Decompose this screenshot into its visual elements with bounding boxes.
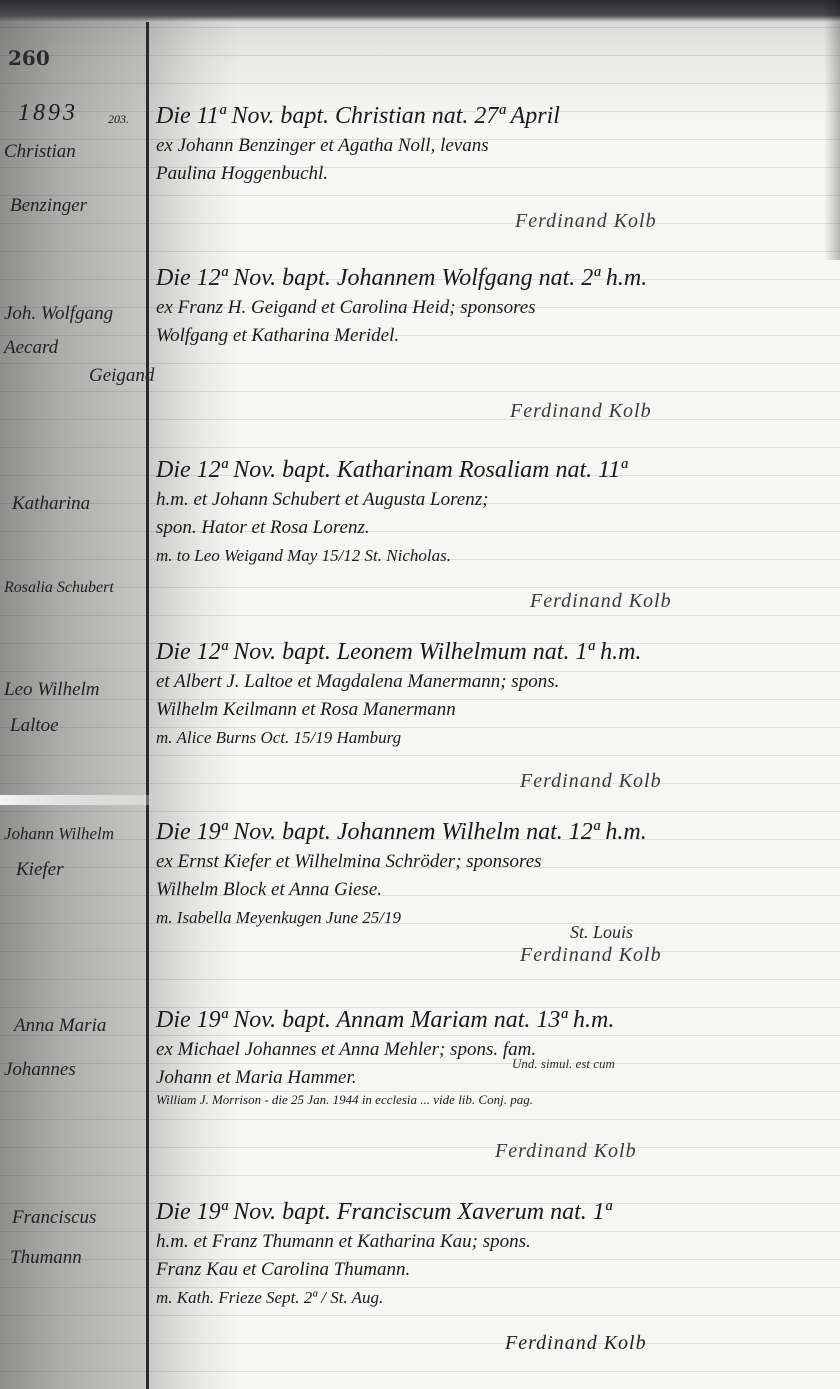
baptism-entry-1: Die 11ª Nov. bapt. Christian nat. 27ª Ap…: [156, 100, 826, 188]
baptism-entry-7: Die 19ª Nov. bapt. Franciscum Xaverum na…: [156, 1196, 826, 1312]
entry-line: h.m. et Franz Thumann et Katharina Kau; …: [156, 1228, 826, 1256]
parish-location: St. Louis: [570, 922, 633, 943]
priest-signature: Ferdinand Kolb: [515, 210, 657, 233]
margin-given-name: Leo Wilhelm: [4, 676, 146, 704]
baptism-entry-6: Die 19ª Nov. bapt. Annam Mariam nat. 13ª…: [156, 1004, 826, 1108]
entry-line: Die 19ª Nov. bapt. Annam Mariam nat. 13ª…: [156, 1004, 826, 1036]
priest-signature: Ferdinand Kolb: [505, 1332, 647, 1355]
margin-name-entry-5: Johann Wilhelm Kiefer: [4, 820, 146, 884]
marriage-annotation: m. to Leo Weigand May 15/12 St. Nicholas…: [156, 542, 826, 570]
margin-name-entry-4: Leo Wilhelm Laltoe: [4, 676, 146, 740]
margin-given-name: Anna Maria: [4, 1012, 146, 1040]
entry-line: Paulina Hoggenbuchl.: [156, 160, 826, 188]
entry-line: Wilhelm Keilmann et Rosa Manermann: [156, 696, 826, 724]
margin-name-entry-7: Franciscus Thumann: [4, 1204, 146, 1272]
baptism-entry-2: Die 12ª Nov. bapt. Johannem Wolfgang nat…: [156, 262, 826, 350]
baptism-entry-5: Die 19ª Nov. bapt. Johannem Wilhelm nat.…: [156, 816, 826, 932]
margin-surname: Benzinger: [4, 192, 146, 220]
marriage-annotation: m. Alice Burns Oct. 15/19 Hamburg: [156, 724, 826, 752]
margin-surname: Rosalia Schubert: [4, 574, 146, 602]
margin-surname: Kiefer: [4, 856, 146, 884]
entry-line: Franz Kau et Carolina Thumann.: [156, 1256, 826, 1284]
entry-line: h.m. et Johann Schubert et Augusta Loren…: [156, 486, 826, 514]
marriage-annotation: m. Isabella Meyenkugen June 25/19: [156, 904, 826, 932]
entry-line: Die 19ª Nov. bapt. Franciscum Xaverum na…: [156, 1196, 826, 1228]
marriage-annotation: m. Kath. Frieze Sept. 2ª / St. Aug.: [156, 1284, 826, 1312]
entry-line: spon. Hator et Rosa Lorenz.: [156, 514, 826, 542]
entry-line: Wolfgang et Katharina Meridel.: [156, 322, 826, 350]
death-annotation: William J. Morrison - die 25 Jan. 1944 i…: [156, 1092, 826, 1108]
margin-name-entry-6: Anna Maria Johannes: [4, 1012, 146, 1084]
entry-line: Die 12ª Nov. bapt. Katharinam Rosaliam n…: [156, 454, 826, 486]
entry-line: Die 19ª Nov. bapt. Johannem Wilhelm nat.…: [156, 816, 826, 848]
entry-line: Die 12ª Nov. bapt. Johannem Wolfgang nat…: [156, 262, 826, 294]
margin-column-rule: [146, 22, 149, 1389]
margin-name-entry-3: Katharina Rosalia Schubert: [4, 490, 146, 602]
entry-line: et Albert J. Laltoe et Magdalena Manerma…: [156, 668, 826, 696]
margin-given-name: Aecard: [4, 334, 146, 362]
margin-surname: Laltoe: [4, 712, 146, 740]
scan-artifact: [0, 795, 150, 805]
scan-top-edge: [0, 0, 840, 22]
margin-surname: Geigand: [4, 362, 146, 390]
margin-name-entry-2: Joh. Wolfgang Aecard Geigand: [4, 300, 146, 390]
priest-signature: Ferdinand Kolb: [530, 590, 672, 613]
margin-given-name: Franciscus: [4, 1204, 146, 1232]
margin-given-name: Christian: [4, 138, 146, 166]
register-year: 1893: [18, 100, 78, 127]
scan-right-edge: [824, 0, 840, 260]
entry-line: ex Michael Johannes et Anna Mehler; spon…: [156, 1036, 826, 1064]
entry-line: Johann et Maria Hammer.: [156, 1064, 826, 1092]
register-page: 260 1893 203. Christian Benzinger Die 11…: [0, 0, 840, 1389]
margin-surname: Thumann: [4, 1244, 146, 1272]
entry-line: ex Franz H. Geigand et Carolina Heid; sp…: [156, 294, 826, 322]
margin-given-name: Katharina: [4, 490, 146, 518]
entry-line: Die 11ª Nov. bapt. Christian nat. 27ª Ap…: [156, 100, 826, 132]
baptism-entry-4: Die 12ª Nov. bapt. Leonem Wilhelmum nat.…: [156, 636, 826, 752]
baptism-entry-3: Die 12ª Nov. bapt. Katharinam Rosaliam n…: [156, 454, 826, 570]
entry-line: Wilhelm Block et Anna Giese.: [156, 876, 826, 904]
margin-given-name: Johann Wilhelm: [4, 820, 146, 848]
page-number: 260: [8, 46, 50, 70]
priest-signature: Ferdinand Kolb: [495, 1140, 637, 1163]
margin-surname: Johannes: [4, 1056, 146, 1084]
interlinear-note: Und. simul. est cum: [512, 1056, 615, 1072]
margin-name-entry-1: Christian Benzinger: [4, 138, 146, 220]
priest-signature: Ferdinand Kolb: [520, 770, 662, 793]
priest-signature: Ferdinand Kolb: [510, 400, 652, 423]
priest-signature: Ferdinand Kolb: [520, 944, 662, 967]
margin-given-name: Joh. Wolfgang: [4, 300, 146, 328]
entry-line: ex Johann Benzinger et Agatha Noll, leva…: [156, 132, 826, 160]
entry-line: ex Ernst Kiefer et Wilhelmina Schröder; …: [156, 848, 826, 876]
entry-number: 203.: [108, 112, 129, 127]
entry-line: Die 12ª Nov. bapt. Leonem Wilhelmum nat.…: [156, 636, 826, 668]
